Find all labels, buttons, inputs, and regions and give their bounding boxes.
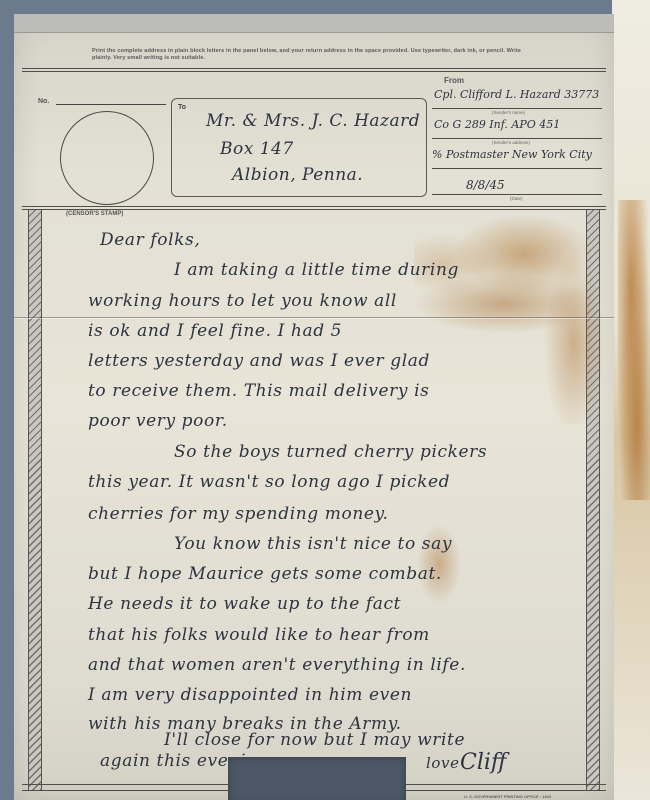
left-border-hatch — [28, 210, 42, 790]
letter-line: He needs it to wake up to the fact — [88, 594, 401, 614]
letter-line: working hours to let you know all — [88, 291, 397, 311]
letter-signature: Cliff — [460, 750, 507, 775]
top-edge — [14, 14, 614, 33]
v-mail-letter: Print the complete address in plain bloc… — [14, 14, 614, 800]
letter-line: poor very poor. — [88, 411, 228, 431]
letter-line: letters yesterday and was I ever glad — [88, 351, 430, 371]
sender-name-line — [432, 108, 602, 109]
header-rule — [22, 68, 606, 69]
letter-line: I am very disappointed in him even — [88, 685, 412, 705]
letter-line: So the boys turned cherry pickers — [174, 442, 487, 462]
sender-address2-line — [432, 168, 602, 169]
recipient-box: Box 147 — [220, 139, 294, 159]
printing-office-footer: U. S. GOVERNMENT PRINTING OFFICE : 1943 — [464, 794, 551, 799]
recipient-name: Mr. & Mrs. J. C. Hazard — [206, 111, 420, 131]
letter-line: You know this isn't nice to say — [174, 534, 452, 554]
letter-line: I'll close for now but I may write — [164, 730, 465, 750]
letter-line: to receive them. This mail delivery is — [88, 381, 429, 401]
letter-line: but I hope Maurice gets some combat. — [88, 564, 442, 584]
letter-line: is ok and I feel fine. I had 5 — [88, 321, 342, 341]
water-stain — [414, 204, 614, 424]
censor-stamp-circle — [60, 111, 154, 205]
sender-address-line — [432, 138, 602, 139]
recipient-city: Albion, Penna. — [232, 165, 363, 185]
letter-line: cherries for my spending money. — [88, 504, 388, 524]
number-line — [56, 104, 166, 105]
to-label: To — [178, 104, 186, 111]
sender-name: Cpl. Clifford L. Hazard 33773 — [434, 88, 599, 101]
sender-postmaster: % Postmaster New York City — [432, 148, 592, 161]
recipient-address-box: To Mr. & Mrs. J. C. Hazard Box 147 Albio… — [171, 98, 427, 197]
censor-stamp-label: (CENSOR'S STAMP) — [66, 211, 123, 217]
letter-date: 8/8/45 — [466, 178, 505, 192]
form-instructions: Print the complete address in plain bloc… — [92, 48, 532, 62]
background-stain — [618, 200, 650, 500]
letter-salutation: Dear folks, — [100, 230, 200, 250]
from-label: From — [444, 76, 464, 85]
sender-address-caption: (Sender's address) — [492, 140, 530, 145]
fold-crease — [14, 317, 614, 318]
date-caption: (Date) — [510, 196, 523, 201]
letter-line: this year. It wasn't so long ago I picke… — [88, 472, 450, 492]
letter-closing: love — [426, 754, 460, 772]
sender-name-caption: (Sender's name) — [492, 110, 525, 115]
letter-line: and that women aren't everything in life… — [88, 655, 466, 675]
header-rule-2 — [22, 71, 606, 72]
sender-unit: Co G 289 Inf. APO 451 — [434, 118, 560, 131]
letter-line: I am taking a little time during — [174, 260, 459, 280]
date-line — [432, 194, 602, 195]
redaction-tape — [228, 757, 406, 800]
letter-line: that his folks would like to hear from — [88, 625, 430, 645]
number-label: No. — [38, 98, 49, 105]
